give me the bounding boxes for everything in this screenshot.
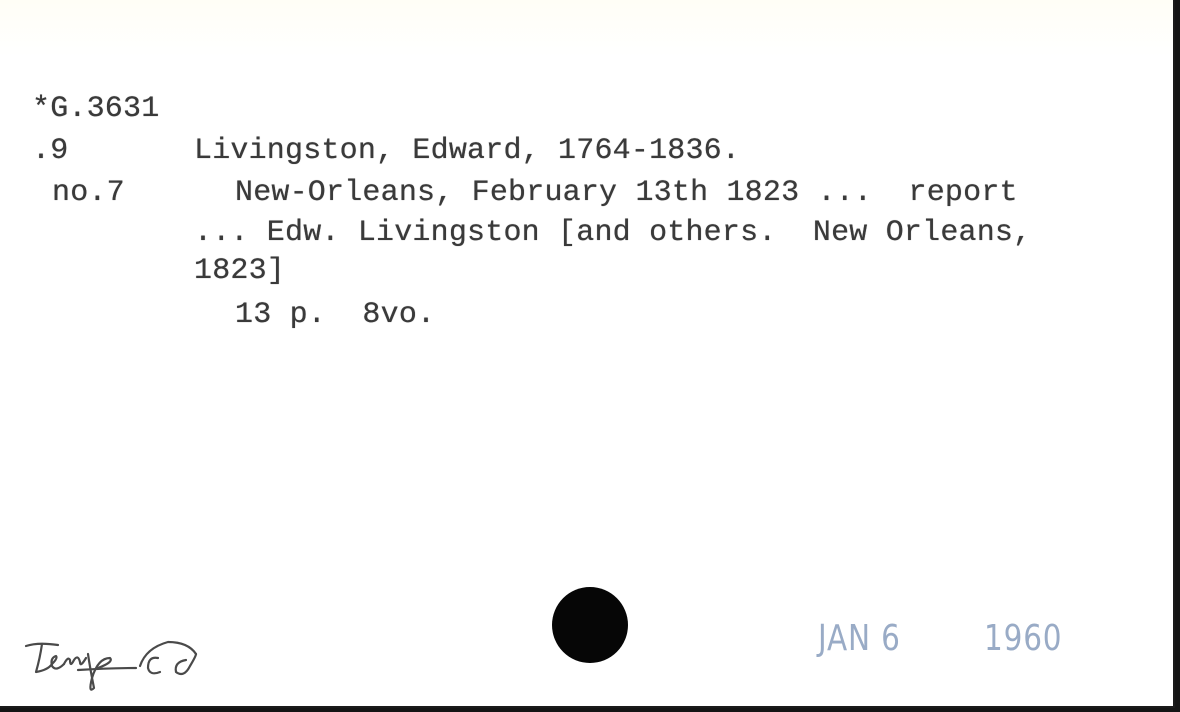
date-stamp-year: 1960 (984, 618, 1062, 659)
catalog-card: *G.3631 .9 no.7 Livingston, Edward, 1764… (0, 0, 1175, 708)
call-number-line-1: *G.3631 (32, 94, 159, 124)
date-stamp-day: JAN 6 (818, 618, 901, 659)
punch-hole-icon (552, 587, 628, 663)
title-line-1: New-Orleans, February 13th 1823 ... repo… (235, 178, 1018, 208)
handwritten-note-icon (18, 628, 208, 698)
call-number-line-3: no.7 (52, 178, 125, 208)
title-line-3: 1823] (194, 256, 285, 286)
author-heading: Livingston, Edward, 1764-1836. (194, 136, 740, 166)
title-line-2: ... Edw. Livingston [and others. New Orl… (194, 218, 1031, 248)
call-number-line-2: .9 (32, 136, 68, 166)
collation: 13 p. 8vo. (235, 300, 435, 330)
